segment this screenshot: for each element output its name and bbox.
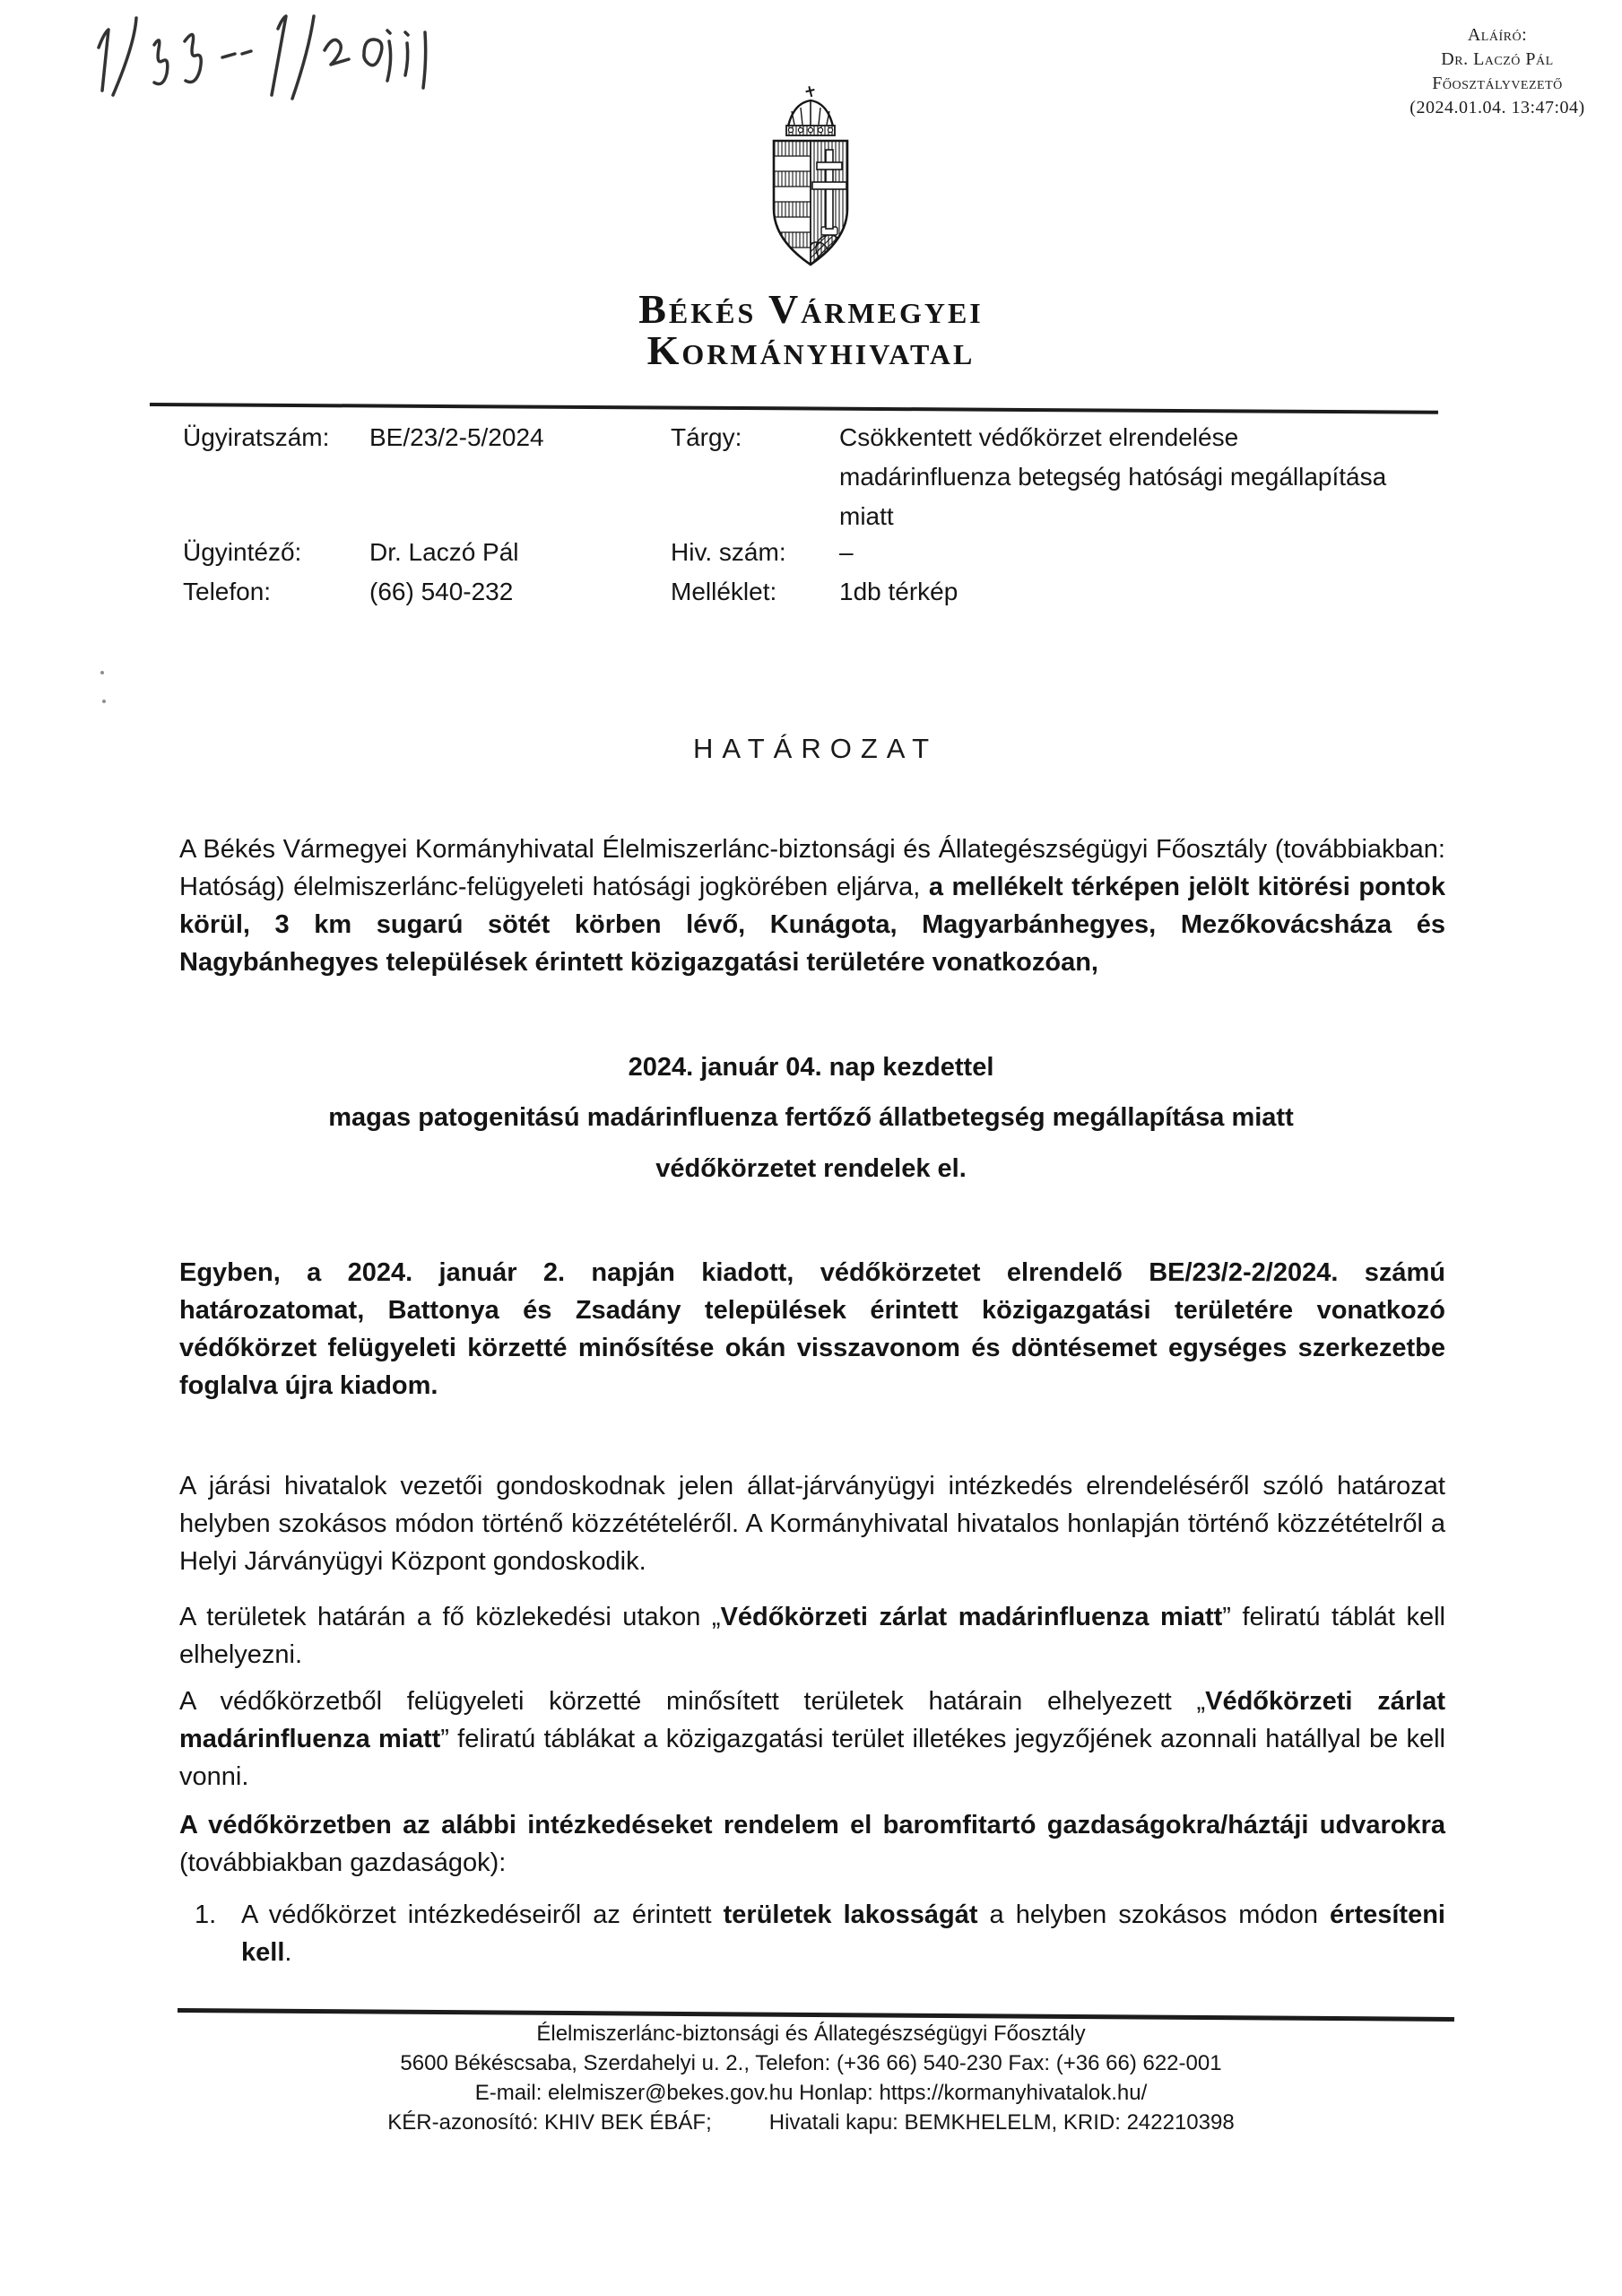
document-page: Aláíró: Dr. Laczó Pál Főosztályvezető (2… bbox=[0, 0, 1622, 2296]
paragraph-text: . bbox=[284, 1938, 291, 1967]
paragraph-measures-intro: A védőkörzetben az alábbi intézkedéseket… bbox=[179, 1806, 1445, 1882]
paragraph-text-bold: A védőkörzetben az alábbi intézkedéseket… bbox=[179, 1811, 1445, 1839]
paragraph-text: A védőkörzet intézkedéseiről az érintett bbox=[241, 1900, 724, 1929]
handwritten-annotation bbox=[79, 7, 491, 110]
paragraph-text: A védőkörzetből felügyeleti körzetté min… bbox=[179, 1687, 1205, 1716]
case-number-label: Ügyiratszám: bbox=[183, 418, 329, 457]
paragraph-publication: A járási hivatalok vezetői gondoskodnak … bbox=[179, 1467, 1445, 1580]
footer-address-phone: 5600 Békéscsaba, Szerdahelyi u. 2., Tele… bbox=[0, 2051, 1622, 2076]
scan-artifact-dot bbox=[100, 671, 104, 674]
signer-label: Aláíró: bbox=[1349, 23, 1622, 48]
list-item-text: A védőkörzet intézkedéseiről az érintett… bbox=[241, 1896, 1445, 1971]
officer-label: Ügyintéző: bbox=[183, 533, 301, 572]
reference-number-value: – bbox=[839, 533, 854, 572]
footer-hivatali-kapu: Hivatali kapu: BEMKHELELM, KRID: 2422103… bbox=[769, 2110, 1235, 2135]
officer-value: Dr. Laczó Pál bbox=[369, 533, 519, 572]
paragraph-text-bold: területek lakosságát bbox=[724, 1900, 978, 1929]
case-number-value: BE/23/2-5/2024 bbox=[369, 418, 544, 457]
header-divider bbox=[150, 403, 1438, 414]
subject-line: Csökkentett védőkörzet elrendelése bbox=[839, 418, 1413, 457]
footer-email-web: E-mail: elelmiszer@bekes.gov.hu Honlap: … bbox=[0, 2081, 1622, 2106]
subject-line: miatt bbox=[839, 497, 1413, 536]
paragraph-text: a helyben szokásos módon bbox=[977, 1900, 1330, 1929]
phone-label: Telefon: bbox=[183, 572, 271, 612]
decision-title: HATÁROZAT bbox=[0, 733, 1622, 765]
paragraph-revocation: Egyben, a 2024. január 2. napján kiadott… bbox=[179, 1254, 1445, 1405]
org-name-line2: Kormányhivatal bbox=[0, 326, 1622, 374]
list-item-1: 1. A védőkörzet intézkedéseiről az érint… bbox=[179, 1896, 1445, 1971]
scan-artifact-dot bbox=[102, 700, 106, 703]
attachment-value: 1db térkép bbox=[839, 572, 958, 612]
signer-name: Dr. Laczó Pál bbox=[1349, 48, 1622, 72]
signature-block: Aláíró: Dr. Laczó Pál Főosztályvezető (2… bbox=[1349, 23, 1622, 120]
decision-order-line: védőkörzetet rendelek el. bbox=[0, 1154, 1622, 1184]
paragraph-jurisdiction: A Békés Vármegyei Kormányhivatal Élelmis… bbox=[179, 831, 1445, 981]
signature-timestamp: (2024.01.04. 13:47:04) bbox=[1349, 96, 1622, 120]
decision-date-line: 2024. január 04. nap kezdettel bbox=[0, 1053, 1622, 1083]
phone-value: (66) 540-232 bbox=[369, 572, 513, 612]
decision-reason-line: magas patogenitású madárinfluenza fertőz… bbox=[0, 1103, 1622, 1133]
hungarian-coat-of-arms-icon bbox=[767, 84, 854, 278]
subject-line: madárinfluenza betegség hatósági megálla… bbox=[839, 457, 1413, 497]
sign-text-bold: Védőkörzeti zárlat madárinfluenza miatt bbox=[721, 1603, 1223, 1631]
footer-divider bbox=[178, 2008, 1454, 2022]
paragraph-signs-removal: A védőkörzetből felügyeleti körzetté min… bbox=[179, 1683, 1445, 1796]
signer-title: Főosztályvezető bbox=[1349, 72, 1622, 96]
attachment-label: Melléklet: bbox=[671, 572, 776, 612]
subject-label: Tárgy: bbox=[671, 418, 742, 457]
footer-ker-id: KÉR-azonosító: KHIV BEK ÉBÁF; bbox=[387, 2110, 711, 2135]
reference-number-label: Hiv. szám: bbox=[671, 533, 786, 572]
list-item-number: 1. bbox=[195, 1896, 241, 1934]
paragraph-text: (továbbiakban gazdaságok): bbox=[179, 1848, 506, 1877]
paragraph-text: A területek határán a fő közlekedési uta… bbox=[179, 1603, 721, 1631]
footer-department: Élelmiszerlánc-biztonsági és Állategészs… bbox=[0, 2022, 1622, 2047]
footer-ids: KÉR-azonosító: KHIV BEK ÉBÁF; Hivatali k… bbox=[0, 2110, 1622, 2135]
subject-value: Csökkentett védőkörzet elrendelése madár… bbox=[839, 418, 1413, 536]
paragraph-signs-placement: A területek határán a fő közlekedési uta… bbox=[179, 1598, 1445, 1674]
